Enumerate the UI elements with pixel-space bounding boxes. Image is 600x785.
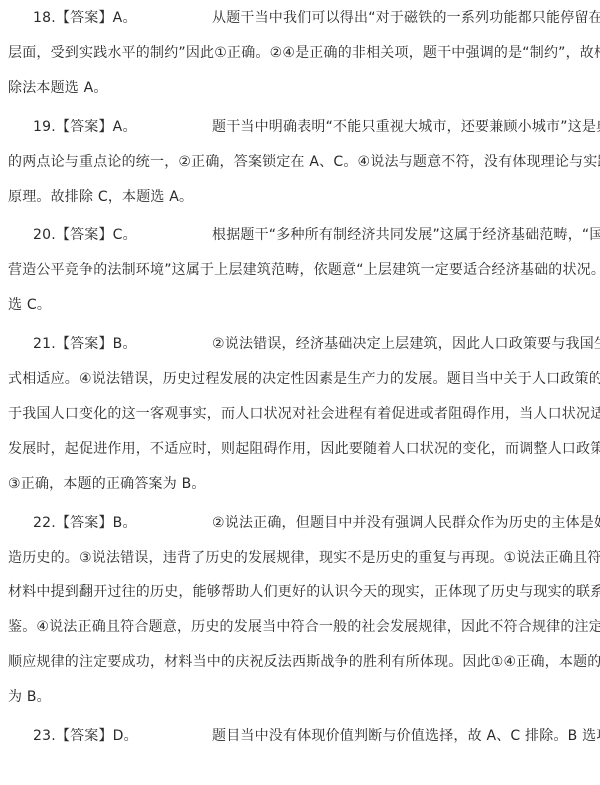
answer-body-line: 营造公平竞争的法制环境”这属于上层建筑范畴，依题意“上层建筑一定要适合经济基础的… xyxy=(8,259,598,281)
answer-body-line: 于我国人口变化的这一客观事实，而人口状况对社会进程有着促进或者阻碍作用，当人口状… xyxy=(8,403,598,425)
answer-explanation-text: ②说法错误，经济基础决定上层建筑，因此人口政策要与我国生产方 xyxy=(212,333,600,355)
answer-explanation-text: 从题干当中我们可以得出“对于磁铁的一系列功能都只能停留在构想 xyxy=(212,7,600,29)
answer-label: 18.【答案】A。 xyxy=(33,7,137,29)
answer-explanation-text: 题干当中明确表明“不能只重视大城市，还要兼顾小城市”这是典型 xyxy=(212,116,600,138)
answer-body-line: 造历史的。③说法错误，违背了历史的发展规律，现实不是历史的重复与再现。①说法正确… xyxy=(8,547,598,569)
answer-header-line: 20.【答案】C。根据题干“多种所有制经济共同发展”这属于经济基础范畴，“国家 xyxy=(0,224,590,246)
answer-explanation-text: ②说法正确，但题目中并没有强调人民群众作为历史的主体是如何创 xyxy=(212,512,600,534)
answer-body-line: 发展时，起促进作用，不适应时，则起阻碍作用，因此要随着人口状况的变化，而调整人口… xyxy=(8,438,598,460)
answer-body-line: 选 C。 xyxy=(8,294,598,316)
answer-explanation-text: 根据题干“多种所有制经济共同发展”这属于经济基础范畴，“国家 xyxy=(212,224,600,246)
answer-body-line: 为 B。 xyxy=(8,686,598,708)
answer-body-line: 的两点论与重点论的统一，②正确，答案锁定在 A、C。④说法与题意不符，没有体现理… xyxy=(8,151,598,173)
answer-body-line: 式相适应。④说法错误，历史过程发展的决定性因素是生产力的发展。题目当中关于人口政… xyxy=(8,368,598,390)
answer-header-line: 21.【答案】B。②说法错误，经济基础决定上层建筑，因此人口政策要与我国生产方 xyxy=(0,333,590,355)
answer-body-line: 材料中提到翻开过往的历史，能够帮助人们更好的认识今天的现实，正体现了历史与现实的… xyxy=(8,581,598,603)
answer-body-line: 鉴。④说法正确且符合题意，历史的发展当中符合一般的社会发展规律，因此不符合规律的… xyxy=(8,616,598,638)
answer-header-line: 18.【答案】A。从题干当中我们可以得出“对于磁铁的一系列功能都只能停留在构想 xyxy=(0,7,590,29)
answer-body-line: ③正确，本题的正确答案为 B。 xyxy=(8,473,598,495)
answer-label: 19.【答案】A。 xyxy=(33,116,137,138)
answer-body-line: 除法本题选 A。 xyxy=(8,77,598,99)
answer-document: 18.【答案】A。从题干当中我们可以得出“对于磁铁的一系列功能都只能停留在构想层… xyxy=(0,0,600,785)
answer-body-line: 顺应规律的注定要成功，材料当中的庆祝反法西斯战争的胜利有所体现。因此①④正确，本… xyxy=(8,651,598,673)
answer-header-line: 19.【答案】A。题干当中明确表明“不能只重视大城市，还要兼顾小城市”这是典型 xyxy=(0,116,590,138)
answer-header-line: 23.【答案】D。题目当中没有体现价值判断与价值选择，故 A、C 排除。B 选项… xyxy=(0,725,590,747)
answer-body-line: 层面，受到实践水平的制约”因此①正确。②④是正确的非相关项，题干中强调的是“制约… xyxy=(8,42,598,64)
answer-label: 20.【答案】C。 xyxy=(33,224,137,246)
answer-label: 23.【答案】D。 xyxy=(33,725,138,747)
answer-header-line: 22.【答案】B。②说法正确，但题目中并没有强调人民群众作为历史的主体是如何创 xyxy=(0,512,590,534)
answer-label: 22.【答案】B。 xyxy=(33,512,137,534)
answer-body-line: 原理。故排除 C，本题选 A。 xyxy=(8,186,598,208)
answer-label: 21.【答案】B。 xyxy=(33,333,137,355)
answer-explanation-text: 题目当中没有体现价值判断与价值选择，故 A、C 排除。B 选项说法 xyxy=(212,725,600,747)
